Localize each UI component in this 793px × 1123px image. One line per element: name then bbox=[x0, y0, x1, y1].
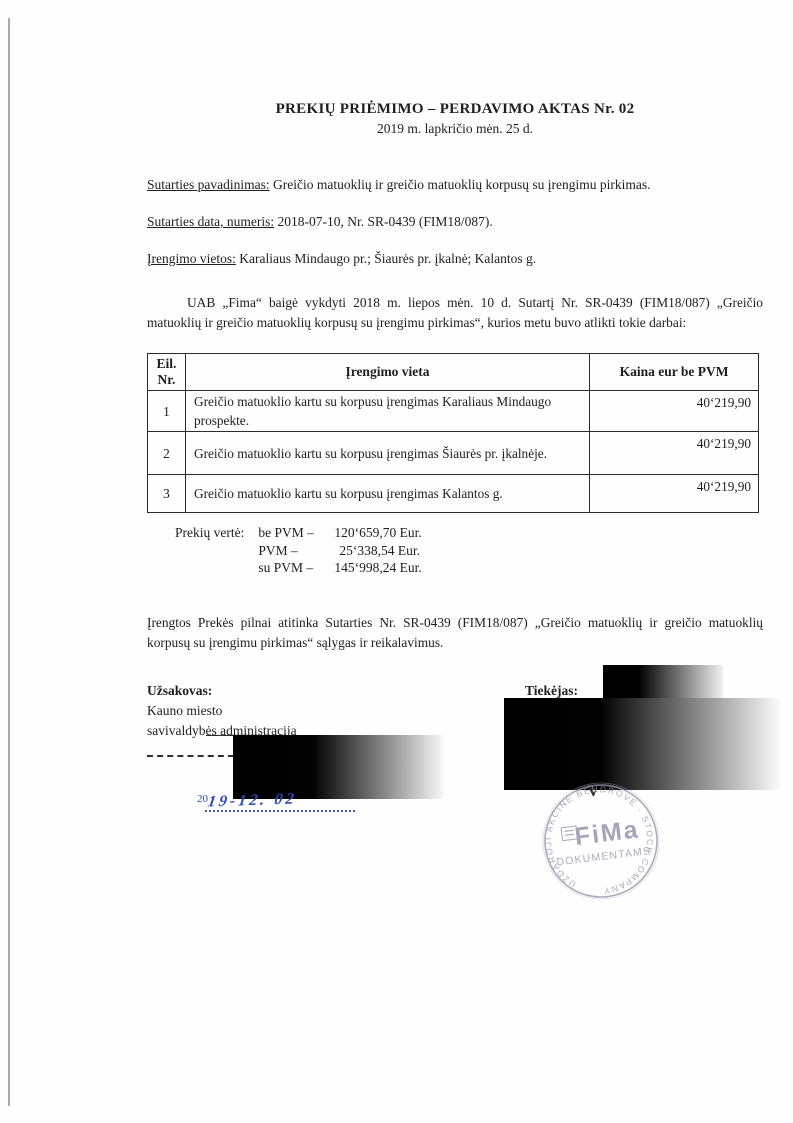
intro-paragraph: UAB „Fima“ baigė vykdyti 2018 m. liepos … bbox=[147, 293, 763, 333]
row-1-vieta: Greičio matuoklio kartu su korpusu įreng… bbox=[186, 391, 590, 432]
contract-name-line: Sutarties pavadinimas: Greičio matuoklių… bbox=[147, 177, 787, 193]
total-pvm: PVM – 25‘338,54 Eur. bbox=[258, 542, 421, 560]
customer-name-line1: Kauno miesto bbox=[147, 701, 297, 721]
printed-year-prefix: 20 bbox=[197, 793, 208, 805]
supplier-label: Tiekėjas: bbox=[525, 683, 578, 699]
row-2-kaina: 40‘219,90 bbox=[590, 432, 759, 475]
header-vieta: Įrengimo vieta bbox=[186, 354, 590, 391]
stamp-sub-text: DOKUMENTAMS bbox=[556, 845, 652, 869]
works-table: Eil. Nr. Įrengimo vieta Kaina eur be PVM… bbox=[147, 353, 759, 513]
installation-sites-value: Karaliaus Mindaugo pr.; Šiaurės pr. įkal… bbox=[239, 251, 536, 266]
row-2-nr: 2 bbox=[148, 432, 186, 475]
handwritten-date-ink: 19-12. 02 bbox=[206, 790, 297, 811]
scan-edge-line bbox=[8, 18, 10, 1106]
redaction-box-customer-signature bbox=[233, 735, 444, 799]
row-2-vieta: Greičio matuoklio kartu su korpusu įreng… bbox=[186, 432, 590, 475]
total-su-pvm: su PVM – 145‘998,24 Eur. bbox=[258, 559, 421, 577]
contract-date-line: Sutarties data, numeris: 2018-07-10, Nr.… bbox=[147, 214, 787, 230]
customer-block: Užsakovas: Kauno miesto savivaldybės adm… bbox=[147, 681, 297, 741]
handwritten-date: 2019-12. 02 bbox=[197, 792, 367, 810]
installation-sites-line: Įrengimo vietos: Karaliaus Mindaugo pr.;… bbox=[147, 251, 787, 267]
total-be-pvm: be PVM – 120‘659,70 Eur. bbox=[258, 524, 421, 542]
row-3-vieta: Greičio matuoklio kartu su korpusu įreng… bbox=[186, 475, 590, 513]
table-row: 3 Greičio matuoklio kartu su korpusu įre… bbox=[148, 475, 759, 513]
row-3-nr: 3 bbox=[148, 475, 186, 513]
company-round-stamp: UŽDAROJI AKCINĖ BENDROVĖ · STOCK COMPANY… bbox=[530, 770, 672, 912]
row-1-kaina: 40‘219,90 bbox=[590, 391, 759, 432]
row-1-nr: 1 bbox=[148, 391, 186, 432]
totals-label: Prekių vertė: bbox=[175, 524, 244, 577]
contract-date-value: 2018-07-10, Nr. SR-0439 (FIM18/087). bbox=[277, 214, 492, 229]
contract-date-label: Sutarties data, numeris: bbox=[147, 214, 274, 229]
stamp-logo-text: FiMa bbox=[573, 815, 641, 851]
document-title: PREKIŲ PRIĖMIMO – PERDAVIMO AKTAS Nr. 02 bbox=[147, 101, 763, 118]
conformity-paragraph: Įrengtos Prekės pilnai atitinka Sutartie… bbox=[147, 613, 763, 653]
table-row: 1 Greičio matuoklio kartu su korpusu įre… bbox=[148, 391, 759, 432]
document-page: PREKIŲ PRIĖMIMO – PERDAVIMO AKTAS Nr. 02… bbox=[0, 0, 793, 1123]
header-nr: Eil. Nr. bbox=[148, 354, 186, 391]
contract-name-value: Greičio matuoklių ir greičio matuoklių k… bbox=[273, 177, 651, 192]
header-kaina: Kaina eur be PVM bbox=[590, 354, 759, 391]
totals-block: Prekių vertė: be PVM – 120‘659,70 Eur. P… bbox=[175, 524, 422, 577]
customer-name-underline bbox=[206, 733, 234, 736]
customer-label: Užsakovas: bbox=[147, 681, 297, 701]
document-date: 2019 m. lapkričio mėn. 25 d. bbox=[147, 121, 763, 137]
contract-name-label: Sutarties pavadinimas: bbox=[147, 177, 270, 192]
table-row: 2 Greičio matuoklio kartu su korpusu įre… bbox=[148, 432, 759, 475]
table-header-row: Eil. Nr. Įrengimo vieta Kaina eur be PVM bbox=[148, 354, 759, 391]
customer-signature-line bbox=[147, 745, 234, 757]
installation-sites-label: Įrengimo vietos: bbox=[147, 251, 236, 266]
row-3-kaina: 40‘219,90 bbox=[590, 475, 759, 513]
